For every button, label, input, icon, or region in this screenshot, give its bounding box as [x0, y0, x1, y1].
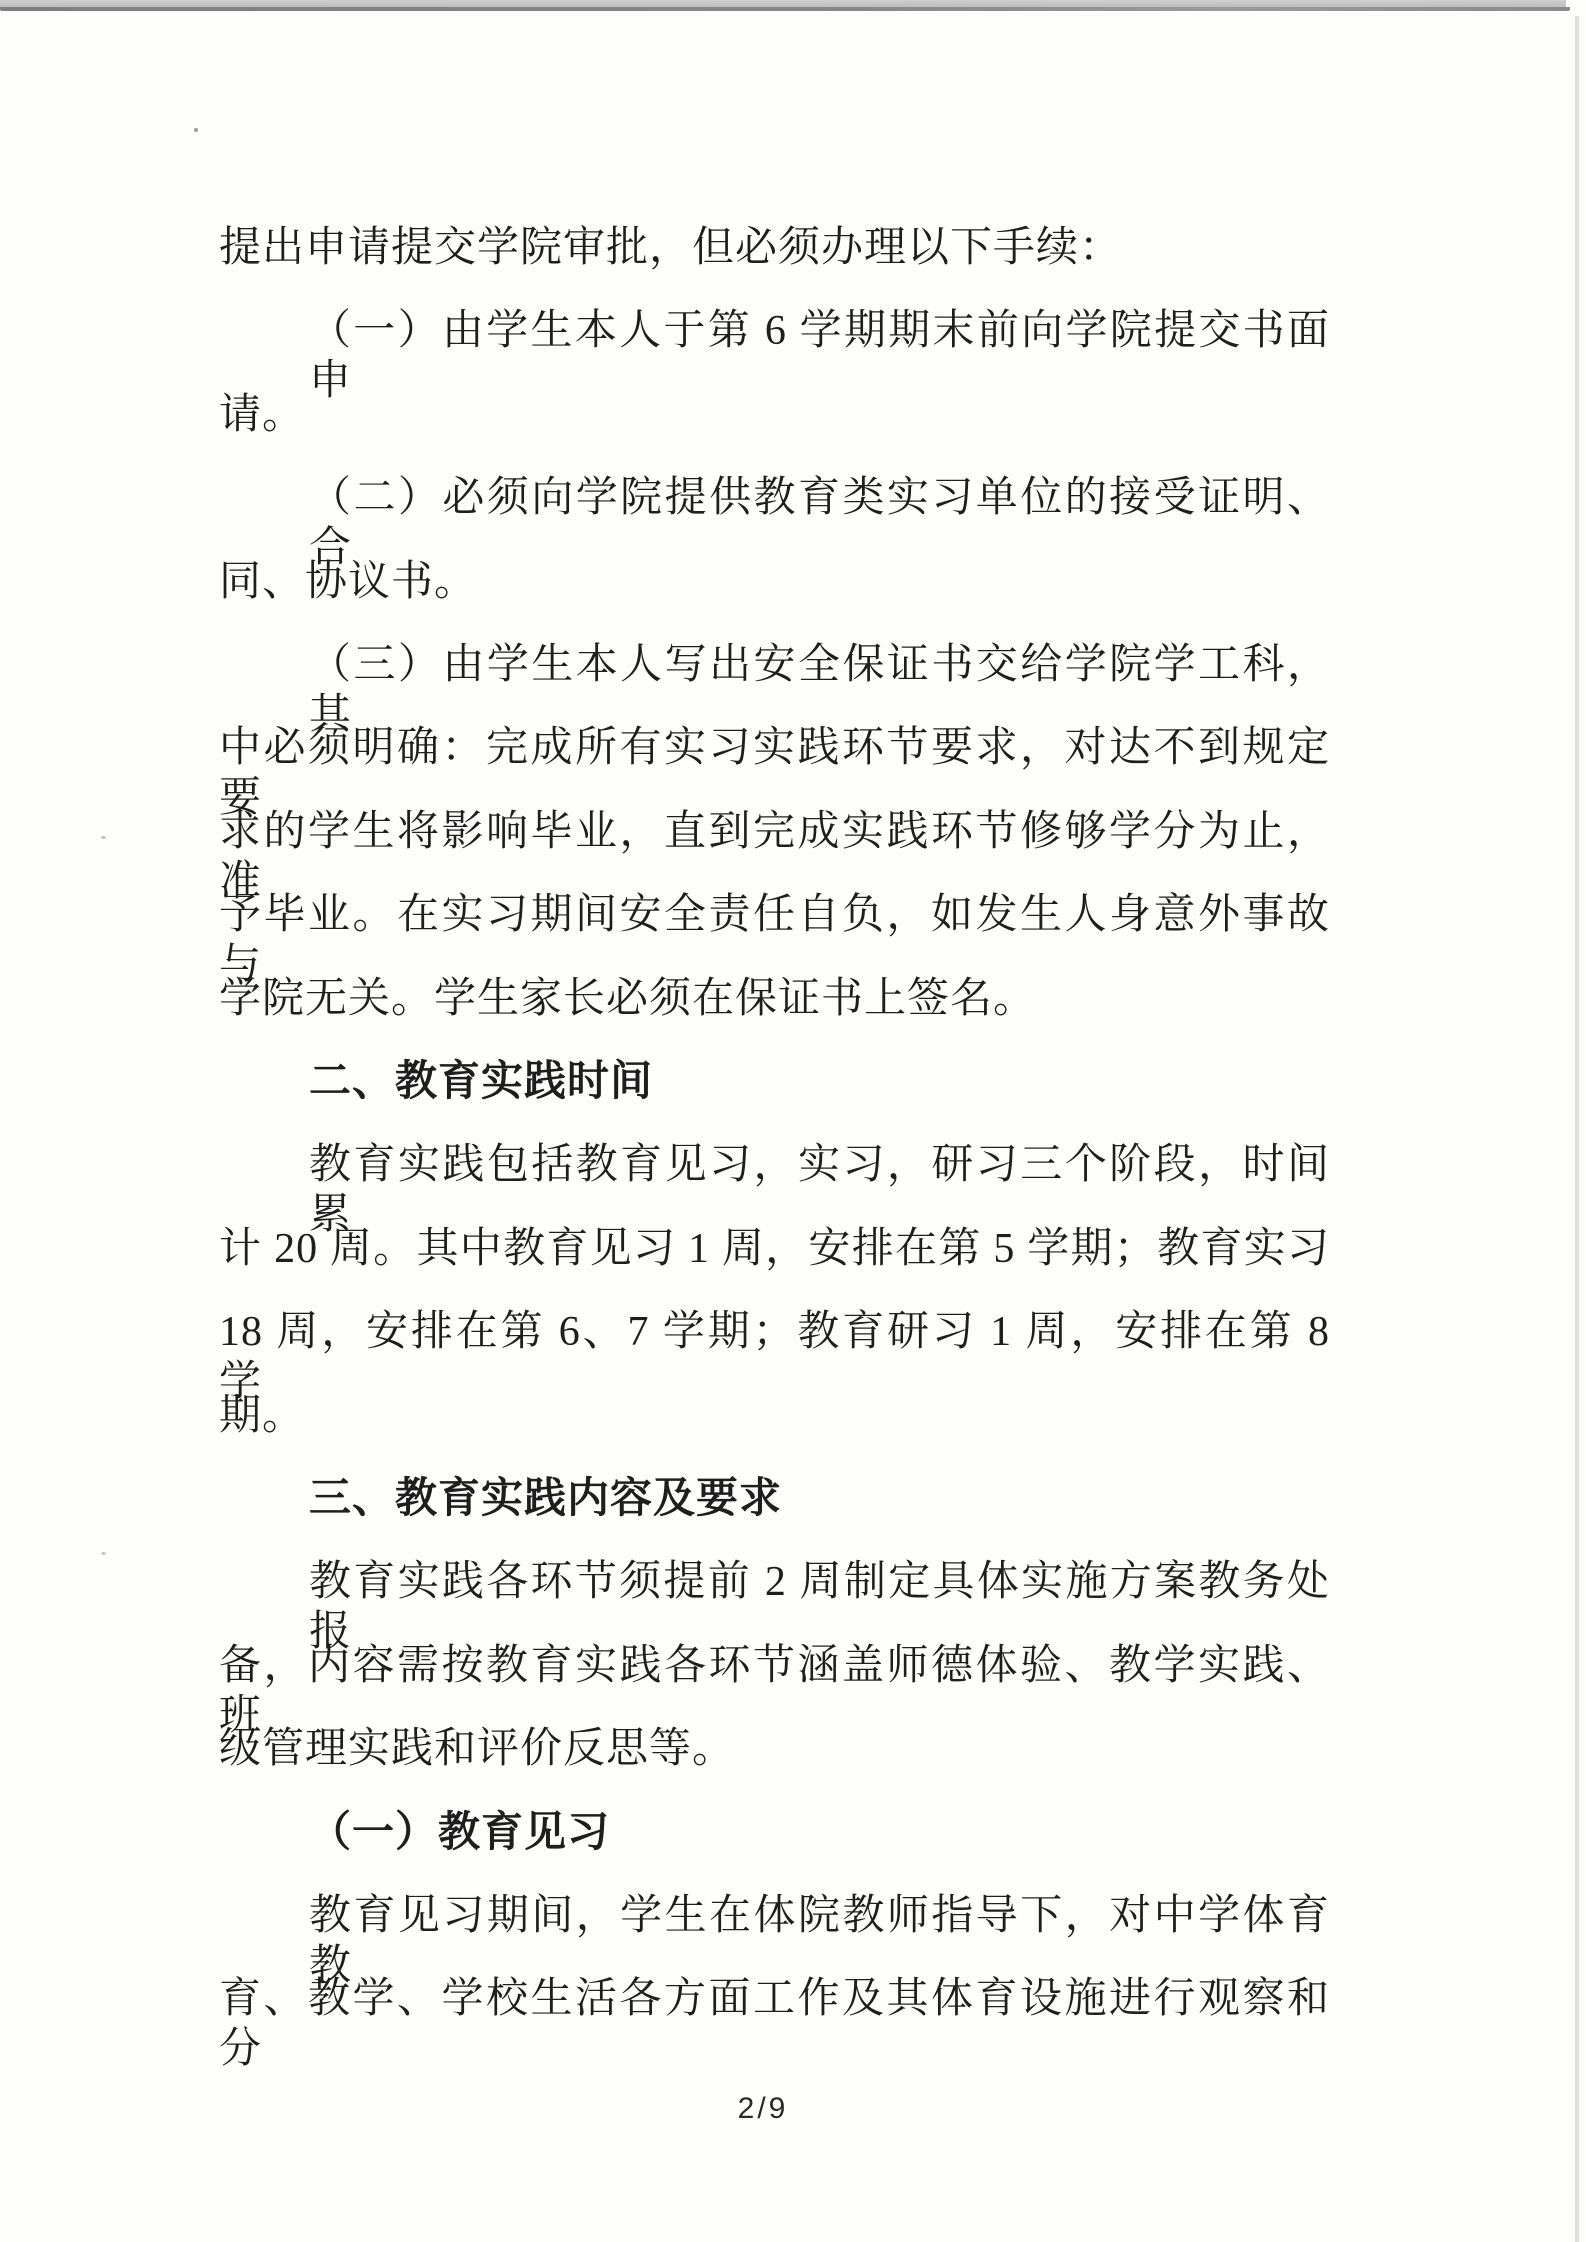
text-line: 育、教学、学校生活各方面工作及其体育设施进行观察和分: [219, 1974, 1330, 2074]
text-line: 级管理实践和评价反思等。: [219, 1724, 735, 1774]
heading-line: 三、教育实践内容及要求: [309, 1474, 782, 1524]
scan-edge-line: [0, 7, 1570, 11]
scan-streak-right-edge: [1575, 16, 1579, 2242]
scan-speck: [101, 1552, 106, 1555]
scanned-document-page: 提出申请提交学院审批，但必须办理以下手续：（一）由学生本人于第 6 学期期末前向…: [0, 0, 1586, 2242]
heading-line: 二、教育实践时间: [309, 1057, 653, 1107]
text-line: 18 周，安排在第 6、7 学期；教育研习 1 周，安排在第 8 学: [219, 1307, 1330, 1407]
text-line: 同、协议书。: [219, 557, 477, 607]
text-line: 学院无关。学生家长必须在保证书上签名。: [219, 974, 1036, 1024]
text-line: 请。: [219, 390, 305, 440]
heading-line: （一）教育见习: [309, 1808, 610, 1858]
page-number: 2/9: [0, 2092, 1526, 2126]
text-line: （一）由学生本人于第 6 学期期末前向学院提交书面申: [309, 306, 1330, 406]
text-line: 计 20 周。其中教育见习 1 周，安排在第 5 学期；教育实习: [219, 1224, 1330, 1274]
scan-speck: [194, 128, 198, 132]
text-line: 提出申请提交学院审批，但必须办理以下手续：: [219, 223, 1122, 273]
scan-edge-band: [0, 0, 1566, 7]
text-line: 期。: [219, 1391, 305, 1441]
scan-speck: [101, 836, 106, 839]
